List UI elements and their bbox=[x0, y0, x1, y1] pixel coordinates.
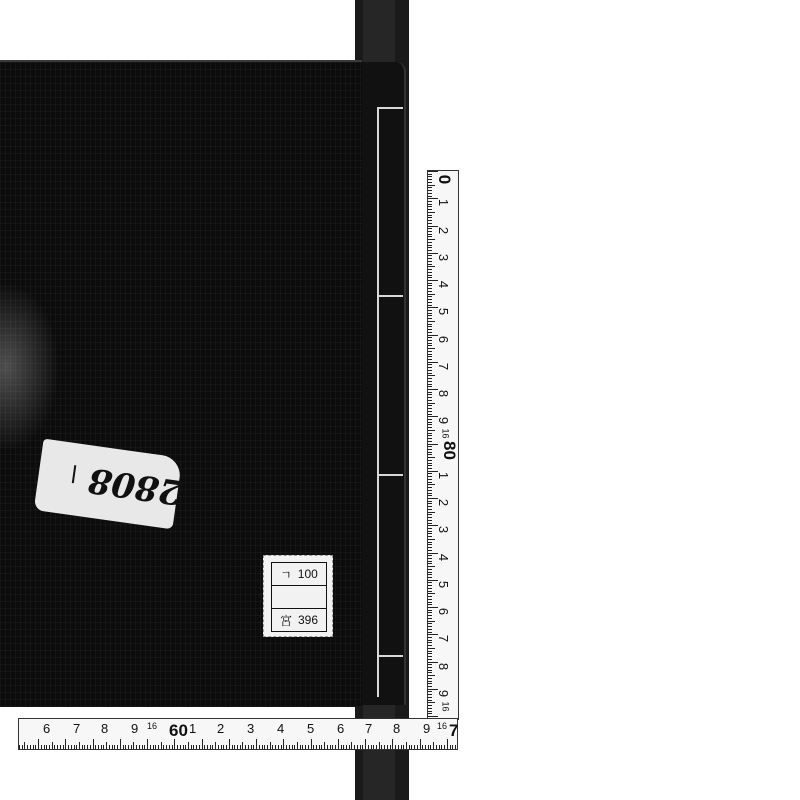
ruler-tick bbox=[428, 653, 432, 654]
ruler-tick bbox=[409, 745, 410, 749]
ruler-tick bbox=[428, 427, 432, 428]
ruler-tick bbox=[302, 745, 303, 749]
ruler-tick bbox=[428, 711, 432, 712]
ruler-tick bbox=[185, 745, 186, 749]
ruler-tick bbox=[390, 745, 391, 749]
ruler-tick bbox=[381, 745, 382, 749]
ruler-tick bbox=[428, 174, 432, 175]
ruler-tick bbox=[387, 745, 388, 749]
ruler-tick bbox=[428, 269, 432, 270]
ruler-tick bbox=[428, 506, 432, 507]
sticker-prefix: 宮 bbox=[280, 612, 292, 629]
ruler-label: 3 bbox=[247, 722, 254, 735]
sticker-value: 396 bbox=[298, 613, 318, 627]
ruler-tick bbox=[428, 621, 435, 622]
ruler-tick bbox=[428, 691, 432, 692]
ruler-tick bbox=[417, 745, 418, 749]
ruler-tick bbox=[428, 637, 432, 638]
ruler-tick bbox=[428, 659, 432, 660]
ruler-tick bbox=[232, 745, 233, 749]
ruler-tick bbox=[428, 321, 435, 322]
ruler-label: 3 bbox=[437, 254, 450, 261]
ruler-tick bbox=[428, 430, 435, 431]
ruler-tick bbox=[428, 495, 432, 496]
ruler-tick bbox=[428, 370, 432, 371]
ruler-tick bbox=[428, 375, 435, 376]
ruler-tick bbox=[428, 258, 432, 259]
ruler-tick bbox=[357, 745, 358, 749]
ruler-tick bbox=[428, 686, 432, 687]
ruler-tick bbox=[428, 452, 432, 453]
ruler-tick bbox=[428, 465, 432, 466]
ruler-tick bbox=[253, 745, 254, 749]
ruler-tick bbox=[428, 239, 435, 240]
ruler-tick bbox=[428, 542, 432, 543]
ruler-label: 9 bbox=[131, 722, 138, 735]
ruler-tick bbox=[384, 745, 385, 749]
ruler-label: 5 bbox=[437, 581, 450, 588]
ruler-label: 6 bbox=[437, 335, 450, 342]
ruler-tick bbox=[212, 745, 213, 749]
ruler-tick bbox=[428, 220, 432, 221]
ruler-tick bbox=[428, 550, 432, 551]
ruler-tick bbox=[428, 392, 432, 393]
ruler-tick bbox=[379, 742, 380, 749]
ruler-tick bbox=[161, 742, 162, 749]
ruler-tick bbox=[428, 204, 432, 205]
ruler-tick bbox=[428, 539, 435, 540]
ruler-tick bbox=[234, 745, 235, 749]
ruler-tick bbox=[264, 745, 265, 749]
ruler-tick bbox=[428, 403, 435, 404]
ruler-tick bbox=[428, 206, 432, 207]
ruler-tick bbox=[428, 626, 432, 627]
ruler-tick bbox=[71, 745, 72, 749]
ruler-tick bbox=[305, 745, 306, 749]
ruler-tick bbox=[428, 615, 432, 616]
sticker-row-2 bbox=[272, 586, 326, 609]
ruler-tick bbox=[428, 408, 432, 409]
ruler-tick bbox=[428, 569, 432, 570]
ruler-tick bbox=[292, 745, 293, 749]
ruler-tick bbox=[286, 745, 287, 749]
ruler-tick bbox=[155, 745, 156, 749]
ruler-tick bbox=[428, 572, 432, 573]
ruler-tick bbox=[428, 381, 432, 382]
ruler-tick bbox=[428, 343, 432, 344]
ruler-tick bbox=[428, 563, 432, 564]
ruler-tick bbox=[428, 261, 432, 262]
ruler-tick bbox=[210, 745, 211, 749]
ruler-label: 4 bbox=[437, 281, 450, 288]
ruler-tick bbox=[428, 337, 432, 338]
ruler-label: 16 bbox=[441, 701, 450, 711]
ruler-tick bbox=[428, 457, 435, 458]
ruler-tick bbox=[428, 176, 432, 177]
ruler-tick bbox=[319, 745, 320, 749]
ruler-label: 5 bbox=[307, 722, 314, 735]
ruler-tick bbox=[215, 742, 216, 749]
ruler-tick bbox=[428, 678, 432, 679]
ruler-label: 16 bbox=[147, 722, 157, 731]
ruler-label: 1 bbox=[437, 199, 450, 206]
ruler-tick bbox=[428, 433, 432, 434]
ruler-tick bbox=[428, 378, 432, 379]
ruler-tick bbox=[455, 745, 456, 749]
ruler-tick bbox=[428, 255, 432, 256]
ruler-tick bbox=[428, 681, 432, 682]
ruler-tick bbox=[332, 745, 333, 749]
ruler-tick bbox=[428, 667, 432, 668]
ruler-tick bbox=[311, 739, 312, 749]
ruler-tick bbox=[436, 745, 437, 749]
ruler-tick bbox=[428, 231, 432, 232]
ruler-label: 0 bbox=[436, 175, 453, 184]
ruler-tick bbox=[428, 694, 432, 695]
ruler-tick bbox=[428, 182, 432, 183]
ruler-tick bbox=[428, 708, 432, 709]
ruler-label: 16 bbox=[441, 429, 450, 439]
ruler-tick bbox=[406, 742, 407, 749]
ruler-tick bbox=[428, 588, 432, 589]
ruler-tick bbox=[428, 745, 429, 749]
ruler-tick bbox=[338, 739, 339, 749]
ruler-tick bbox=[401, 745, 402, 749]
ruler-tick bbox=[128, 745, 129, 749]
ruler-label: 80 bbox=[441, 441, 458, 460]
ruler-tick bbox=[428, 473, 432, 474]
ruler-tick bbox=[428, 348, 435, 349]
ruler-tick bbox=[428, 479, 432, 480]
ruler-tick bbox=[428, 288, 432, 289]
ruler-tick bbox=[428, 599, 432, 600]
ruler-tick bbox=[44, 745, 45, 749]
ruler-tick bbox=[428, 602, 432, 603]
ruler-tick bbox=[428, 345, 432, 346]
ruler-tick bbox=[240, 745, 241, 749]
ruler-tick bbox=[278, 745, 279, 749]
ruler-tick bbox=[101, 745, 102, 749]
ruler-tick bbox=[428, 247, 432, 248]
ruler-label: 2 bbox=[217, 722, 224, 735]
ruler-tick bbox=[428, 702, 435, 703]
ruler-tick bbox=[428, 217, 432, 218]
ruler-tick bbox=[428, 196, 432, 197]
ruler-tick bbox=[373, 745, 374, 749]
ruler-tick bbox=[444, 745, 445, 749]
ruler-tick bbox=[411, 745, 412, 749]
label-mark bbox=[72, 465, 76, 483]
ruler-tick bbox=[327, 745, 328, 749]
ruler-tick bbox=[300, 745, 301, 749]
ruler-tick bbox=[188, 742, 189, 749]
ruler-tick bbox=[428, 277, 432, 278]
ruler-tick bbox=[174, 739, 175, 749]
ruler-tick bbox=[248, 745, 249, 749]
ruler-tick bbox=[84, 745, 85, 749]
ruler-tick bbox=[371, 745, 372, 749]
ruler-tick bbox=[218, 745, 219, 749]
ruler-tick bbox=[272, 745, 273, 749]
ruler-tick bbox=[428, 449, 432, 450]
ruler-tick bbox=[428, 310, 432, 311]
ruler-tick bbox=[428, 272, 432, 273]
ruler-tick bbox=[428, 610, 432, 611]
ruler-tick bbox=[428, 386, 432, 387]
stitch bbox=[377, 107, 403, 109]
ruler-tick bbox=[106, 742, 107, 749]
ruler-tick bbox=[428, 354, 432, 355]
ruler-tick bbox=[368, 745, 369, 749]
ruler-tick bbox=[428, 544, 432, 545]
ruler-tick bbox=[351, 742, 352, 749]
ruler-tick bbox=[428, 400, 432, 401]
ruler-tick bbox=[112, 745, 113, 749]
ruler-tick bbox=[57, 745, 58, 749]
ruler-tick bbox=[428, 384, 432, 385]
ruler-tick bbox=[428, 291, 432, 292]
ruler-tick bbox=[428, 484, 435, 485]
ruler-tick bbox=[82, 745, 83, 749]
ruler-tick bbox=[428, 596, 432, 597]
ruler-tick bbox=[433, 742, 434, 749]
ruler-tick bbox=[428, 215, 432, 216]
book-spine bbox=[362, 62, 406, 705]
ruler-label: 8 bbox=[437, 390, 450, 397]
ruler-tick bbox=[428, 326, 432, 327]
sticker-frame: ㄱ 100 宮 396 bbox=[271, 562, 327, 632]
ruler-tick bbox=[226, 745, 227, 749]
ruler-label: 7 bbox=[73, 722, 80, 735]
ruler-tick bbox=[428, 503, 432, 504]
ruler-label: 6 bbox=[337, 722, 344, 735]
ruler-tick bbox=[76, 745, 77, 749]
worn-patch bbox=[0, 282, 60, 452]
ruler-tick bbox=[428, 315, 432, 316]
ruler-tick bbox=[428, 645, 432, 646]
ruler-tick bbox=[430, 745, 431, 749]
ruler-tick bbox=[428, 585, 432, 586]
ruler-tick bbox=[428, 656, 432, 657]
ruler-tick bbox=[95, 745, 96, 749]
ruler-tick bbox=[65, 739, 66, 749]
ruler-tick bbox=[428, 487, 432, 488]
ruler-tick bbox=[428, 313, 432, 314]
ruler-tick bbox=[196, 745, 197, 749]
ruler-tick bbox=[414, 745, 415, 749]
ruler-tick bbox=[428, 187, 432, 188]
ruler-label: 8 bbox=[437, 662, 450, 669]
ruler-tick bbox=[142, 745, 143, 749]
ruler-tick bbox=[428, 536, 432, 537]
ruler-label: 60 bbox=[169, 722, 188, 739]
ruler-tick bbox=[439, 745, 440, 749]
ruler-tick bbox=[259, 745, 260, 749]
ruler-tick bbox=[428, 531, 432, 532]
ruler-tick bbox=[270, 742, 271, 749]
ruler-tick bbox=[428, 324, 432, 325]
ruler-label: 6 bbox=[43, 722, 50, 735]
ruler-tick bbox=[109, 745, 110, 749]
ruler-tick bbox=[403, 745, 404, 749]
ruler-tick bbox=[354, 745, 355, 749]
ruler-label: 7 bbox=[449, 722, 458, 739]
ruler-tick bbox=[242, 742, 243, 749]
ruler-tick bbox=[330, 745, 331, 749]
ruler-tick bbox=[346, 745, 347, 749]
ruler-tick bbox=[428, 356, 432, 357]
ruler-tick bbox=[428, 648, 435, 649]
ruler-tick bbox=[251, 745, 252, 749]
library-sticker: ㄱ 100 宮 396 bbox=[263, 555, 333, 637]
ruler-tick bbox=[428, 460, 432, 461]
ruler-tick bbox=[450, 745, 451, 749]
ruler-tick bbox=[395, 745, 396, 749]
ruler-tick bbox=[46, 745, 47, 749]
ruler-tick bbox=[428, 422, 432, 423]
ruler-tick bbox=[428, 340, 432, 341]
ruler-tick bbox=[428, 623, 432, 624]
ruler-tick bbox=[229, 739, 230, 749]
ruler-tick bbox=[428, 351, 432, 352]
ruler-tick bbox=[428, 591, 432, 592]
ruler-tick bbox=[428, 359, 432, 360]
ruler-label: 2 bbox=[437, 499, 450, 506]
ruler-tick bbox=[428, 212, 435, 213]
ruler-tick bbox=[428, 670, 432, 671]
ruler-tick bbox=[452, 745, 453, 749]
ruler-tick bbox=[428, 642, 432, 643]
ruler-tick bbox=[428, 463, 432, 464]
ruler-tick bbox=[74, 745, 75, 749]
ruler-tick bbox=[376, 745, 377, 749]
ruler-tick bbox=[420, 739, 421, 749]
stitch bbox=[377, 295, 403, 297]
ruler-tick bbox=[41, 745, 42, 749]
ruler-tick bbox=[428, 201, 432, 202]
ruler-tick bbox=[428, 705, 432, 706]
ruler-tick bbox=[343, 745, 344, 749]
ruler-tick bbox=[297, 742, 298, 749]
ruler-tick bbox=[428, 444, 438, 445]
ruler-tick bbox=[139, 745, 140, 749]
ruler-tick bbox=[117, 745, 118, 749]
ruler-tick bbox=[49, 745, 50, 749]
ruler-tick bbox=[172, 745, 173, 749]
ruler-tick bbox=[38, 739, 39, 749]
horizontal-scale-ruler: 67891660123456789167 bbox=[18, 718, 458, 750]
ruler-label: 4 bbox=[277, 722, 284, 735]
ruler-tick bbox=[428, 264, 432, 265]
ruler-tick bbox=[425, 745, 426, 749]
ruler-tick bbox=[428, 520, 432, 521]
ruler-label: 8 bbox=[101, 722, 108, 735]
ruler-tick bbox=[428, 618, 432, 619]
ruler-tick bbox=[262, 745, 263, 749]
ruler-tick bbox=[183, 745, 184, 749]
ruler-tick bbox=[428, 285, 432, 286]
ruler-tick bbox=[392, 739, 393, 749]
ruler-tick bbox=[428, 364, 432, 365]
ruler-tick bbox=[191, 745, 192, 749]
ruler-tick bbox=[428, 672, 432, 673]
ruler-tick bbox=[428, 190, 432, 191]
ruler-tick bbox=[123, 745, 124, 749]
catalog-number: 2808 bbox=[86, 459, 185, 512]
ruler-tick bbox=[428, 509, 432, 510]
ruler-tick bbox=[428, 533, 432, 534]
ruler-tick bbox=[428, 438, 432, 439]
ruler-tick bbox=[103, 745, 104, 749]
sticker-prefix: ㄱ bbox=[280, 566, 292, 583]
ruler-tick bbox=[428, 179, 432, 180]
ruler-tick bbox=[19, 745, 20, 749]
ruler-tick bbox=[114, 745, 115, 749]
ruler-tick bbox=[428, 185, 435, 186]
ruler-tick bbox=[428, 242, 432, 243]
ruler-tick bbox=[428, 275, 432, 276]
stitch bbox=[377, 474, 403, 476]
ruler-tick bbox=[428, 234, 432, 235]
ruler-tick bbox=[428, 528, 432, 529]
ruler-tick bbox=[428, 468, 432, 469]
ruler-tick bbox=[52, 742, 53, 749]
ruler-tick bbox=[199, 745, 200, 749]
binding-thread bbox=[377, 107, 379, 697]
ruler-label: 7 bbox=[365, 722, 372, 735]
ruler-label: 1 bbox=[437, 472, 450, 479]
ruler-tick bbox=[87, 745, 88, 749]
ruler-tick bbox=[428, 294, 435, 295]
ruler-tick bbox=[428, 302, 432, 303]
ruler-tick bbox=[120, 739, 121, 749]
ruler-tick bbox=[153, 745, 154, 749]
ruler-label: 9 bbox=[423, 722, 430, 735]
stitch bbox=[377, 655, 403, 657]
ruler-label: 7 bbox=[437, 363, 450, 370]
ruler-tick bbox=[245, 745, 246, 749]
ruler-tick bbox=[63, 745, 64, 749]
ruler-tick bbox=[428, 512, 435, 513]
ruler-label: 16 bbox=[437, 722, 447, 731]
ruler-tick bbox=[428, 414, 432, 415]
ruler-tick bbox=[428, 209, 432, 210]
ruler-tick bbox=[147, 739, 148, 749]
ruler-tick bbox=[428, 405, 432, 406]
ruler-tick bbox=[204, 745, 205, 749]
ruler-tick bbox=[428, 482, 432, 483]
vertical-scale-ruler: 01234567891680123456789167 bbox=[427, 170, 459, 720]
ruler-tick bbox=[428, 604, 432, 605]
ruler-tick bbox=[428, 700, 432, 701]
ruler-tick bbox=[144, 745, 145, 749]
ruler-tick bbox=[428, 523, 432, 524]
ruler-tick bbox=[360, 745, 361, 749]
ruler-tick bbox=[267, 745, 268, 749]
ruler-tick bbox=[335, 745, 336, 749]
ruler-tick bbox=[428, 367, 432, 368]
ruler-tick bbox=[289, 745, 290, 749]
ruler-tick bbox=[428, 283, 432, 284]
ruler-tick bbox=[133, 742, 134, 749]
ruler-tick bbox=[22, 745, 23, 749]
ruler-tick bbox=[428, 266, 435, 267]
ruler-tick bbox=[166, 745, 167, 749]
ruler-tick bbox=[428, 441, 432, 442]
ruler-tick bbox=[428, 394, 432, 395]
ruler-tick bbox=[294, 745, 295, 749]
ruler-tick bbox=[283, 739, 284, 749]
